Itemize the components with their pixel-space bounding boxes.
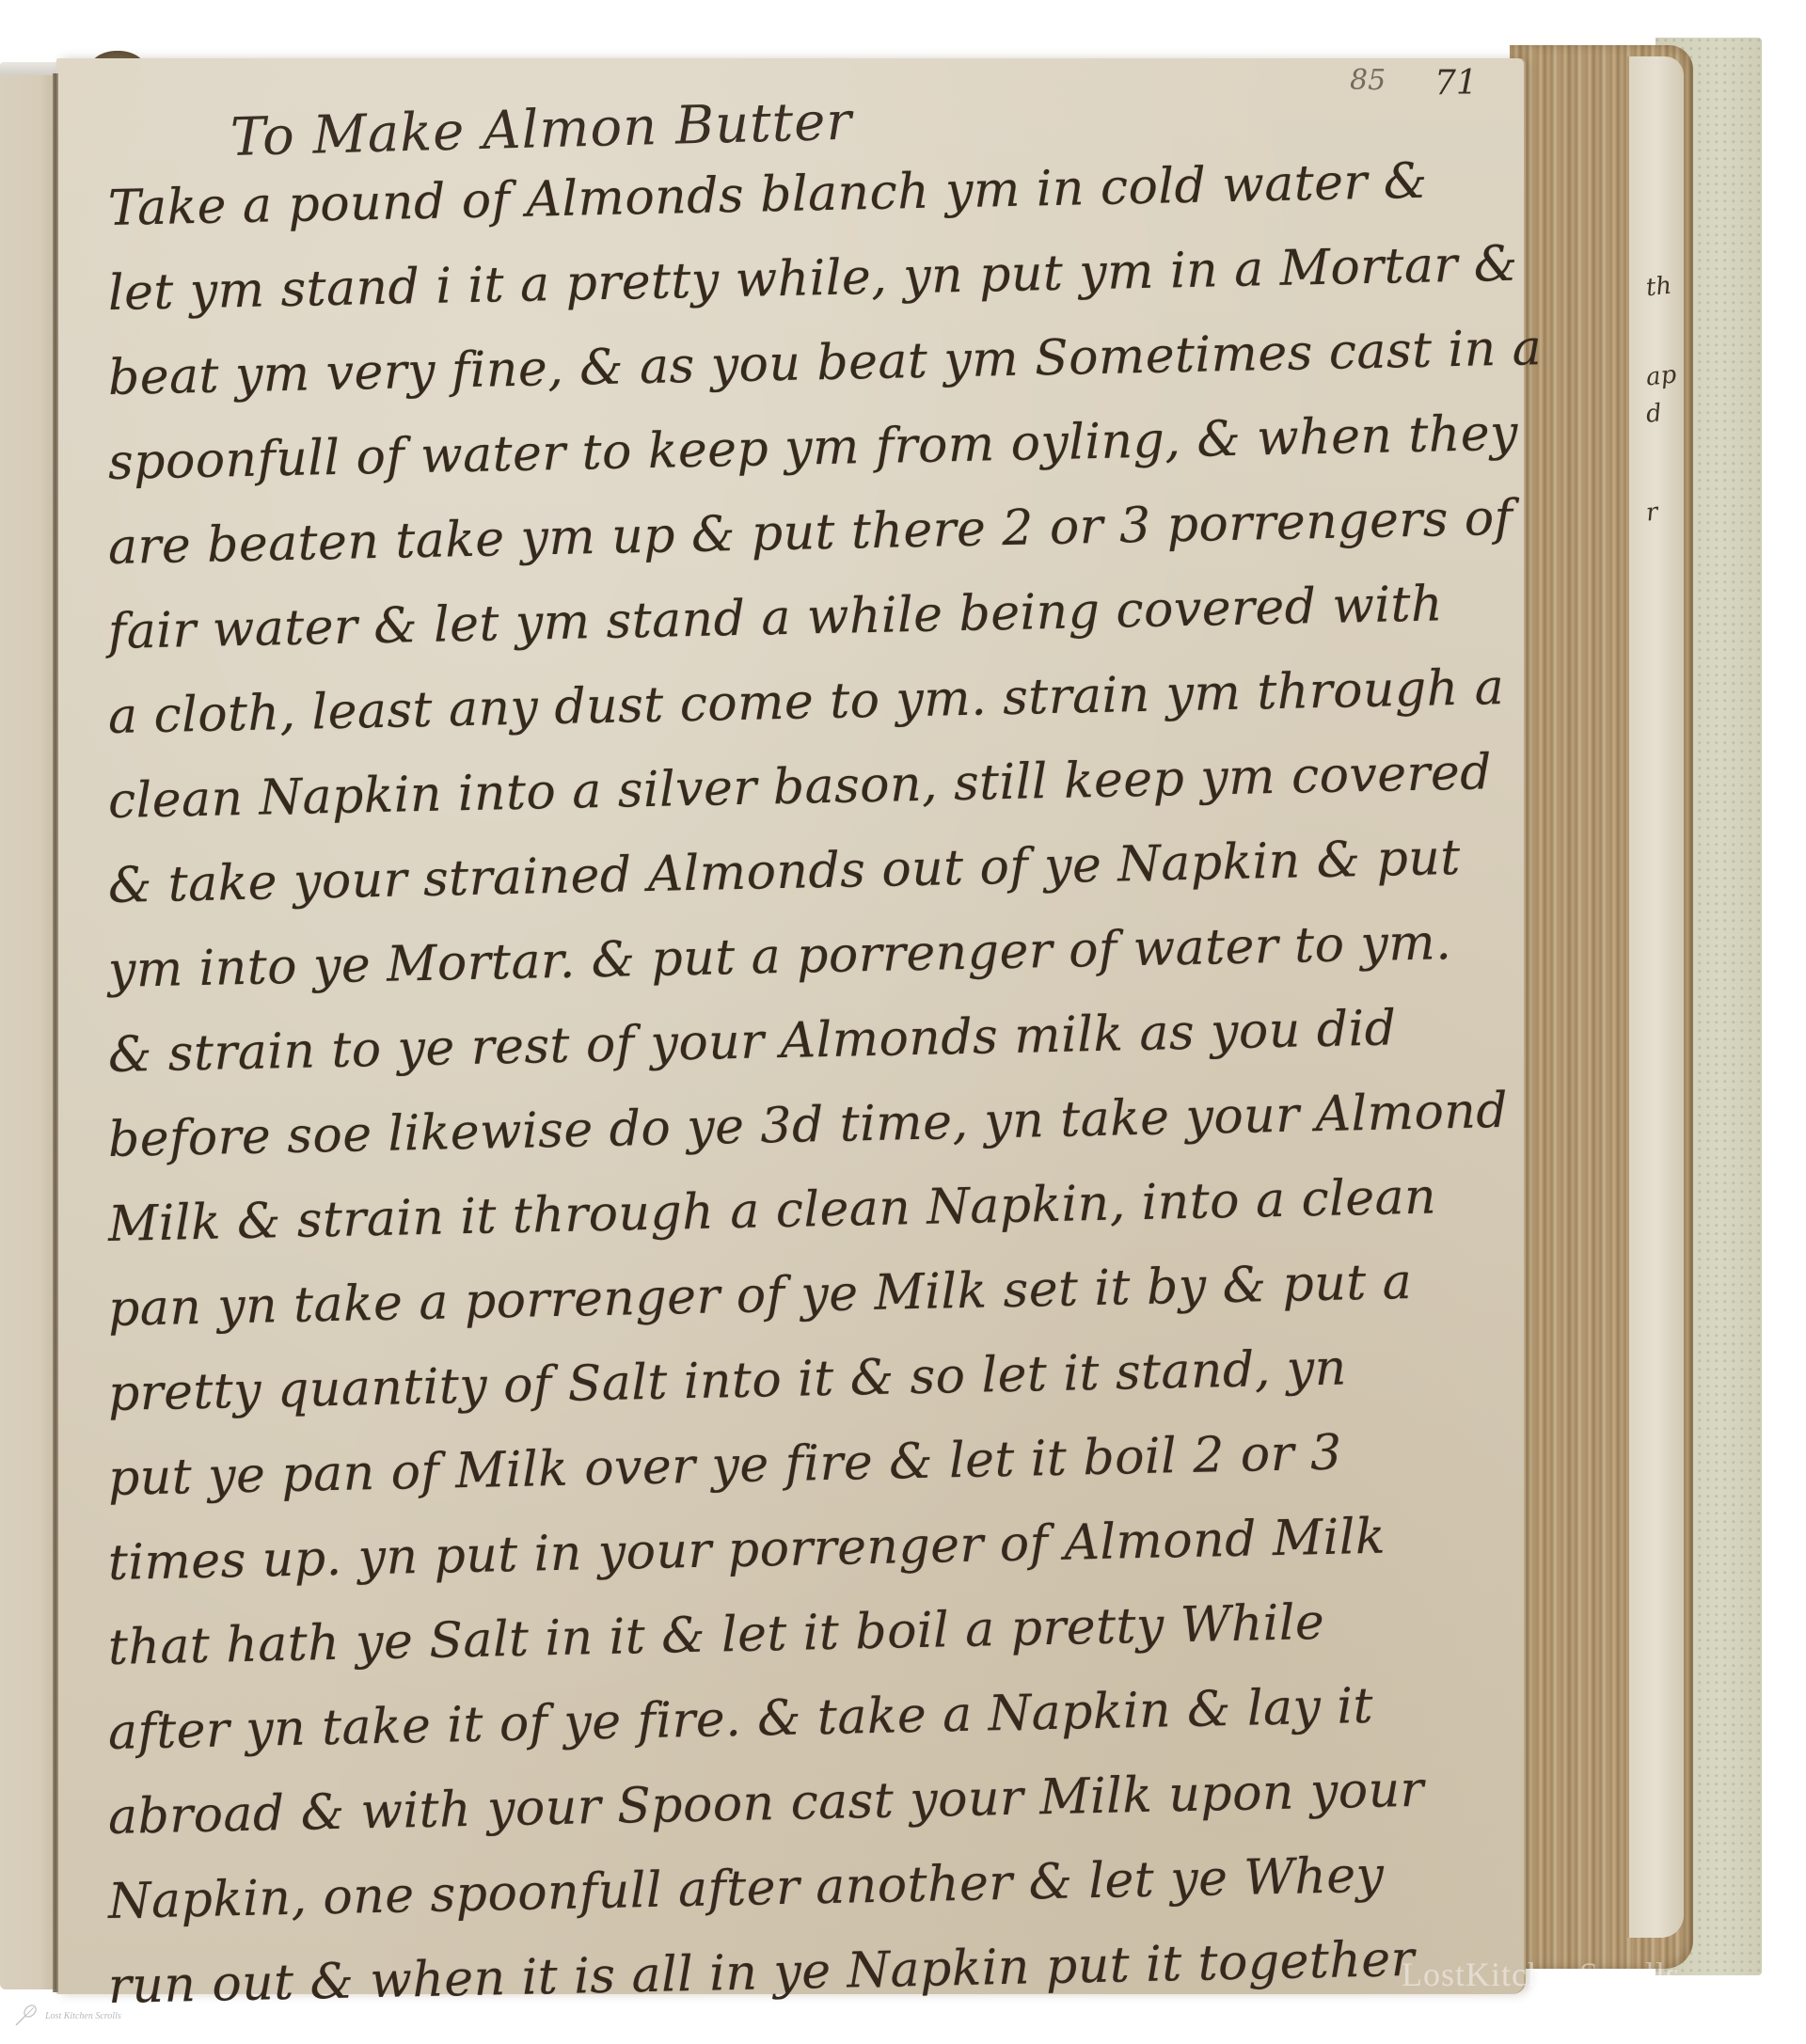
site-logo: Lost Kitchen Scrolls [13, 2004, 121, 2028]
watermark-text: LostKitchenScrolls [1402, 1955, 1680, 1994]
verso-page-edge [0, 75, 56, 1989]
folio-number: 71 [1434, 64, 1478, 103]
recipe-body: Take a pound of Almonds blanch ym in col… [108, 166, 1500, 2029]
manuscript-scan: th ap d r 85 71 To Make Almon Butter Tak… [0, 0, 1806, 2044]
whisk-icon [13, 2004, 38, 2028]
fore-edge-mark: ap [1645, 360, 1678, 391]
fore-edge-mark: th [1645, 272, 1673, 303]
book-gutter [53, 73, 58, 1992]
fore-edge-mark: d [1644, 399, 1663, 429]
old-folio-number: 85 [1350, 64, 1386, 97]
underlying-leaf [1627, 56, 1684, 1938]
logo-text: Lost Kitchen Scrolls [45, 2011, 121, 2021]
recto-page: 85 71 To Make Almon Butter Take a pound … [56, 58, 1524, 1994]
